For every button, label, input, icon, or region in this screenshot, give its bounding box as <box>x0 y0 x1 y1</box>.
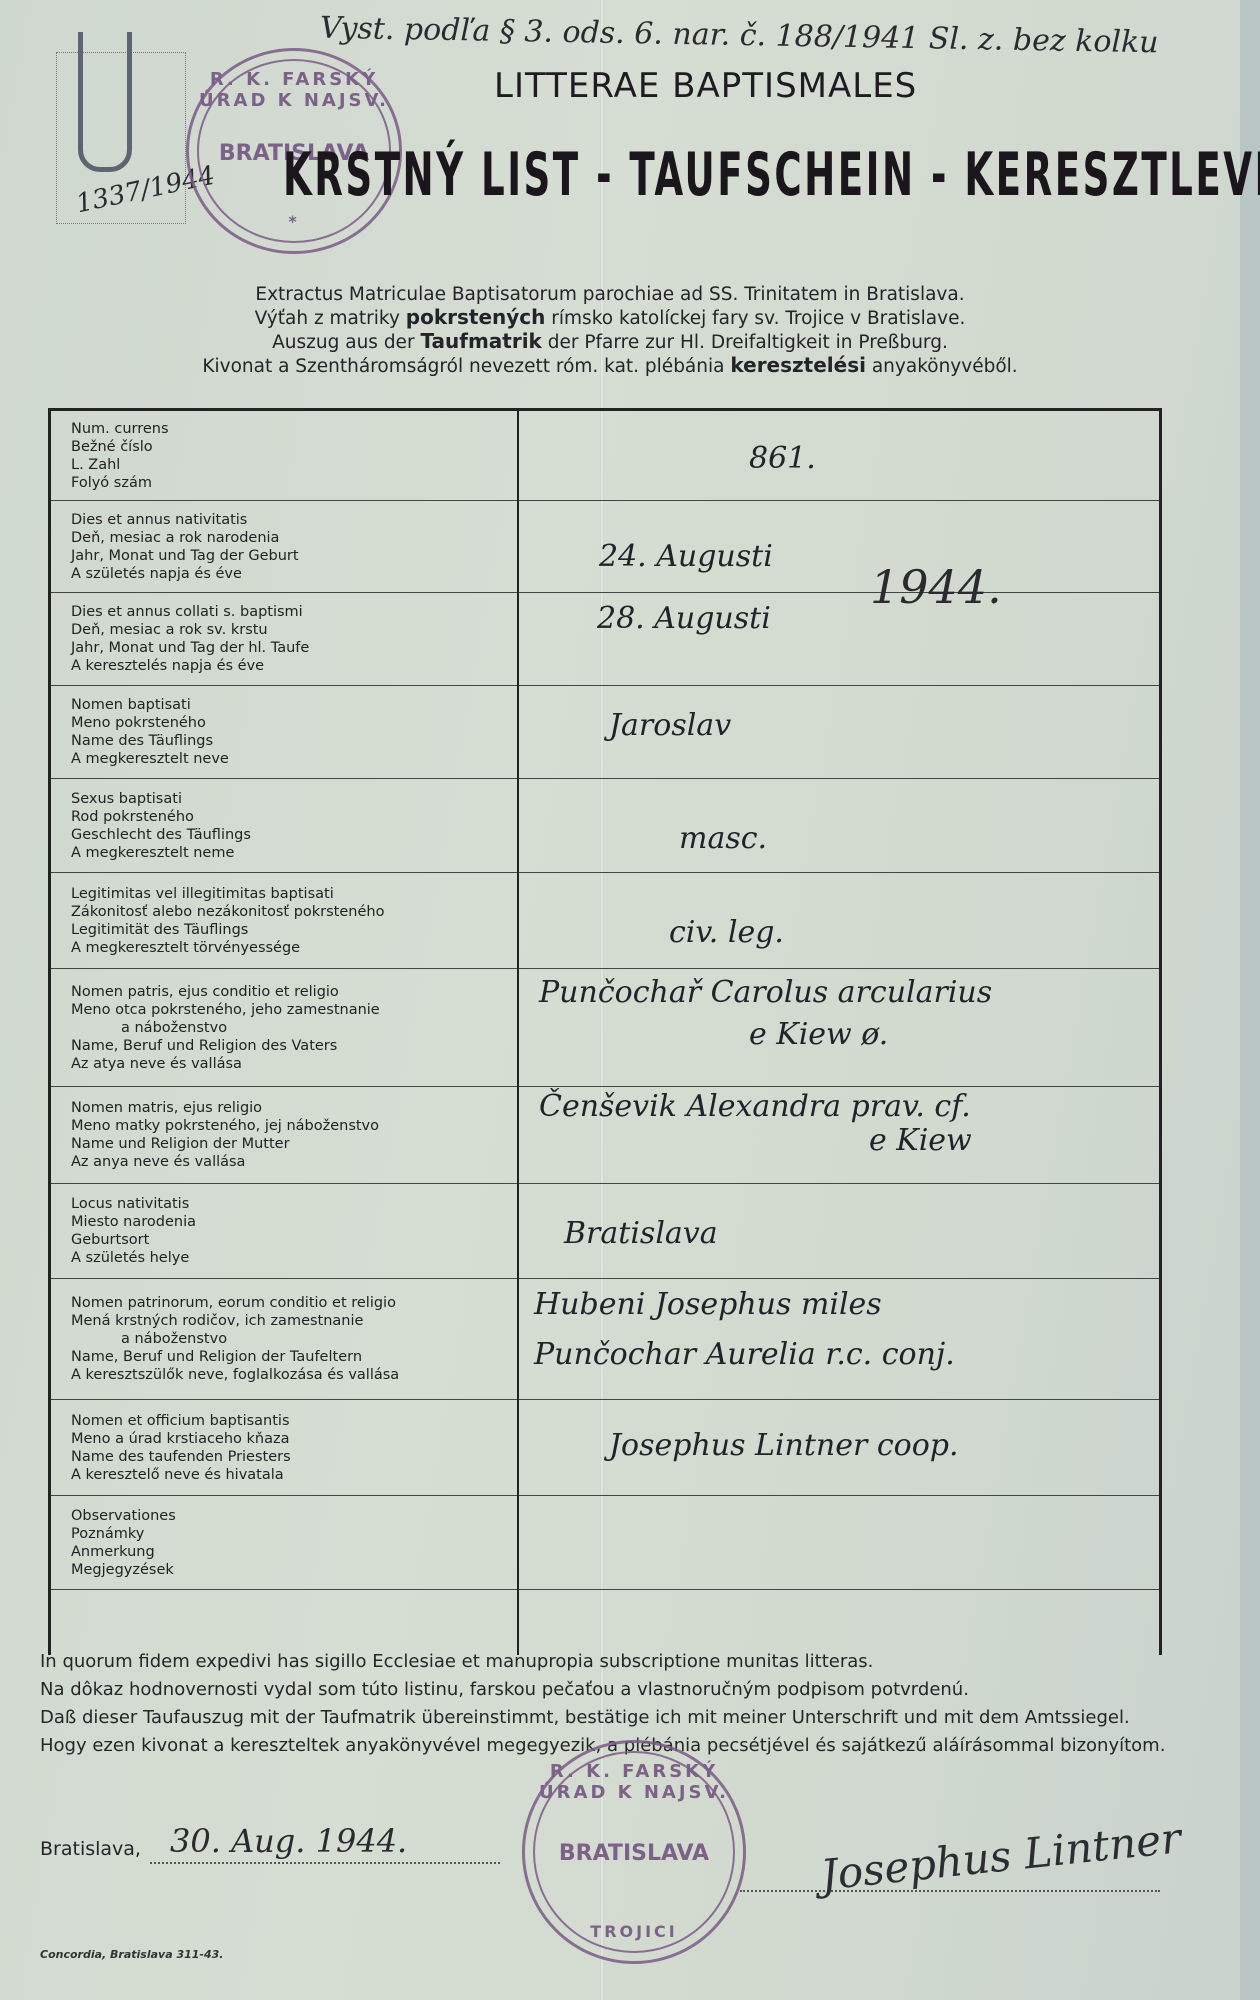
field-label: Nomen matris, ejus religioMeno matky pok… <box>50 1087 519 1184</box>
handwritten-value: Čenševik Alexandra prav. cf. <box>539 1089 971 1124</box>
handwritten-value: 861. <box>749 441 816 476</box>
handwritten-value: Hubeni Josephus miles <box>534 1287 882 1322</box>
field-value: Jaroslav <box>518 686 1161 779</box>
register-row: Nomen matris, ejus religioMeno matky pok… <box>50 1087 1161 1184</box>
stamp-ring-text: R. K. FARSKÝ ÚRAD K NAJSV. <box>189 69 399 111</box>
field-value: 28. Augusti <box>518 593 1161 686</box>
field-value: Čenševik Alexandra prav. cf.e Kiew <box>518 1087 1161 1184</box>
field-value: masc. <box>518 779 1161 873</box>
handwritten-value: 28. Augusti <box>597 601 771 636</box>
handwritten-value: Punčochar Aurelia r.c. conj. <box>534 1337 955 1372</box>
field-value <box>518 1496 1161 1590</box>
handwritten-value: Bratislava <box>564 1216 718 1251</box>
field-value: 24. Augusti <box>518 501 1161 593</box>
field-label: Nomen et officium baptisantisMeno a úrad… <box>50 1400 519 1496</box>
field-value: Hubeni Josephus milesPunčochar Aurelia r… <box>518 1279 1161 1400</box>
field-label <box>50 1590 519 1656</box>
signature-dotted-line <box>740 1890 1160 1892</box>
field-label: Dies et annus collati s. baptismiDeň, me… <box>50 593 519 686</box>
year-annotation: 1944. <box>870 560 1002 614</box>
handwritten-value: civ. leg. <box>669 915 784 950</box>
field-label: Nomen baptisatiMeno pokrstenéhoName des … <box>50 686 519 779</box>
field-value: Punčochař Carolus arculariuse Kiew ø. <box>518 969 1161 1087</box>
register-row: Nomen patris, ejus conditio et religioMe… <box>50 969 1161 1087</box>
place-label: Bratislava, <box>40 1838 141 1860</box>
handwritten-value: Jaroslav <box>609 708 731 743</box>
title-latin: LITTERAE BAPTISMALES <box>494 66 917 106</box>
handwritten-value: Punčochař Carolus arcularius <box>539 975 992 1010</box>
field-label: Sexus baptisatiRod pokrstenéhoGeschlecht… <box>50 779 519 873</box>
field-value: Bratislava <box>518 1184 1161 1279</box>
field-label: ObservationesPoznámkyAnmerkungMegjegyzés… <box>50 1496 519 1590</box>
field-label: Dies et annus nativitatisDeň, mesiac a r… <box>50 501 519 593</box>
stamp-center-text: BRATISLAVA <box>525 1841 743 1866</box>
handwritten-value: Josephus Lintner coop. <box>609 1428 959 1463</box>
title-main: KRSTNÝ LIST - TAUFSCHEIN - KERESZTLEVÉL <box>283 140 1260 210</box>
register-row: Sexus baptisatiRod pokrstenéhoGeschlecht… <box>50 779 1161 873</box>
handwritten-value: 24. Augusti <box>599 539 773 574</box>
field-label: Nomen patris, ejus conditio et religioMe… <box>50 969 519 1087</box>
register-row: Nomen patrinorum, eorum conditio et reli… <box>50 1279 1161 1400</box>
date-dotted-line <box>150 1862 500 1864</box>
register-row <box>50 1590 1161 1656</box>
handwritten-value: e Kiew <box>869 1123 972 1158</box>
register-row: Legitimitas vel illegitimitas baptisatiZ… <box>50 873 1161 969</box>
field-label: Locus nativitatisMiesto narodeniaGeburts… <box>50 1184 519 1279</box>
intro-text: Extractus Matriculae Baptisatorum paroch… <box>160 282 1060 378</box>
parish-stamp-bottom: R. K. FARSKÝ ÚRAD K NAJSV. BRATISLAVA TR… <box>522 1740 746 1964</box>
place-date-line: Bratislava, <box>40 1838 141 1860</box>
register-row: ObservationesPoznámkyAnmerkungMegjegyzés… <box>50 1496 1161 1590</box>
paperclip-icon <box>78 32 132 172</box>
issue-date: 30. Aug. 1944. <box>170 1822 407 1860</box>
field-value: civ. leg. <box>518 873 1161 969</box>
intro-line: Auszug aus der Taufmatrik der Pfarre zur… <box>160 330 1060 354</box>
intro-line: Výťah z matriky pokrstených rímsko katol… <box>160 306 1060 330</box>
handwritten-value: e Kiew ø. <box>749 1017 888 1052</box>
field-label: Num. currensBežné čísloL. ZahlFolyó szám <box>50 410 519 501</box>
register-row: Nomen et officium baptisantisMeno a úrad… <box>50 1400 1161 1496</box>
closing-line: In quorum fidem expedivi has sigillo Ecc… <box>40 1650 1190 1674</box>
stamp-ring-text: R. K. FARSKÝ ÚRAD K NAJSV. <box>525 1761 743 1803</box>
stamp-bottom-text: * <box>189 212 399 231</box>
field-value: 861. <box>518 410 1161 501</box>
field-label: Legitimitas vel illegitimitas baptisatiZ… <box>50 873 519 969</box>
closing-line: Daß dieser Taufauszug mit der Taufmatrik… <box>40 1706 1190 1730</box>
printer-imprint: Concordia, Bratislava 311-43. <box>40 1948 223 1961</box>
handwritten-value: masc. <box>679 821 767 856</box>
field-label: Nomen patrinorum, eorum conditio et reli… <box>50 1279 519 1400</box>
intro-line: Extractus Matriculae Baptisatorum paroch… <box>160 282 1060 306</box>
stamp-bottom-text: TROJICI <box>525 1922 743 1941</box>
field-value: Josephus Lintner coop. <box>518 1400 1161 1496</box>
register-row: Locus nativitatisMiesto narodeniaGeburts… <box>50 1184 1161 1279</box>
closing-line: Na dôkaz hodnovernosti vydal som túto li… <box>40 1678 1190 1702</box>
register-row: Nomen baptisatiMeno pokrstenéhoName des … <box>50 686 1161 779</box>
field-value <box>518 1590 1161 1656</box>
register-row: Num. currensBežné čísloL. ZahlFolyó szám… <box>50 410 1161 501</box>
intro-line: Kivonat a Szentháromságról nevezett róm.… <box>160 354 1060 378</box>
